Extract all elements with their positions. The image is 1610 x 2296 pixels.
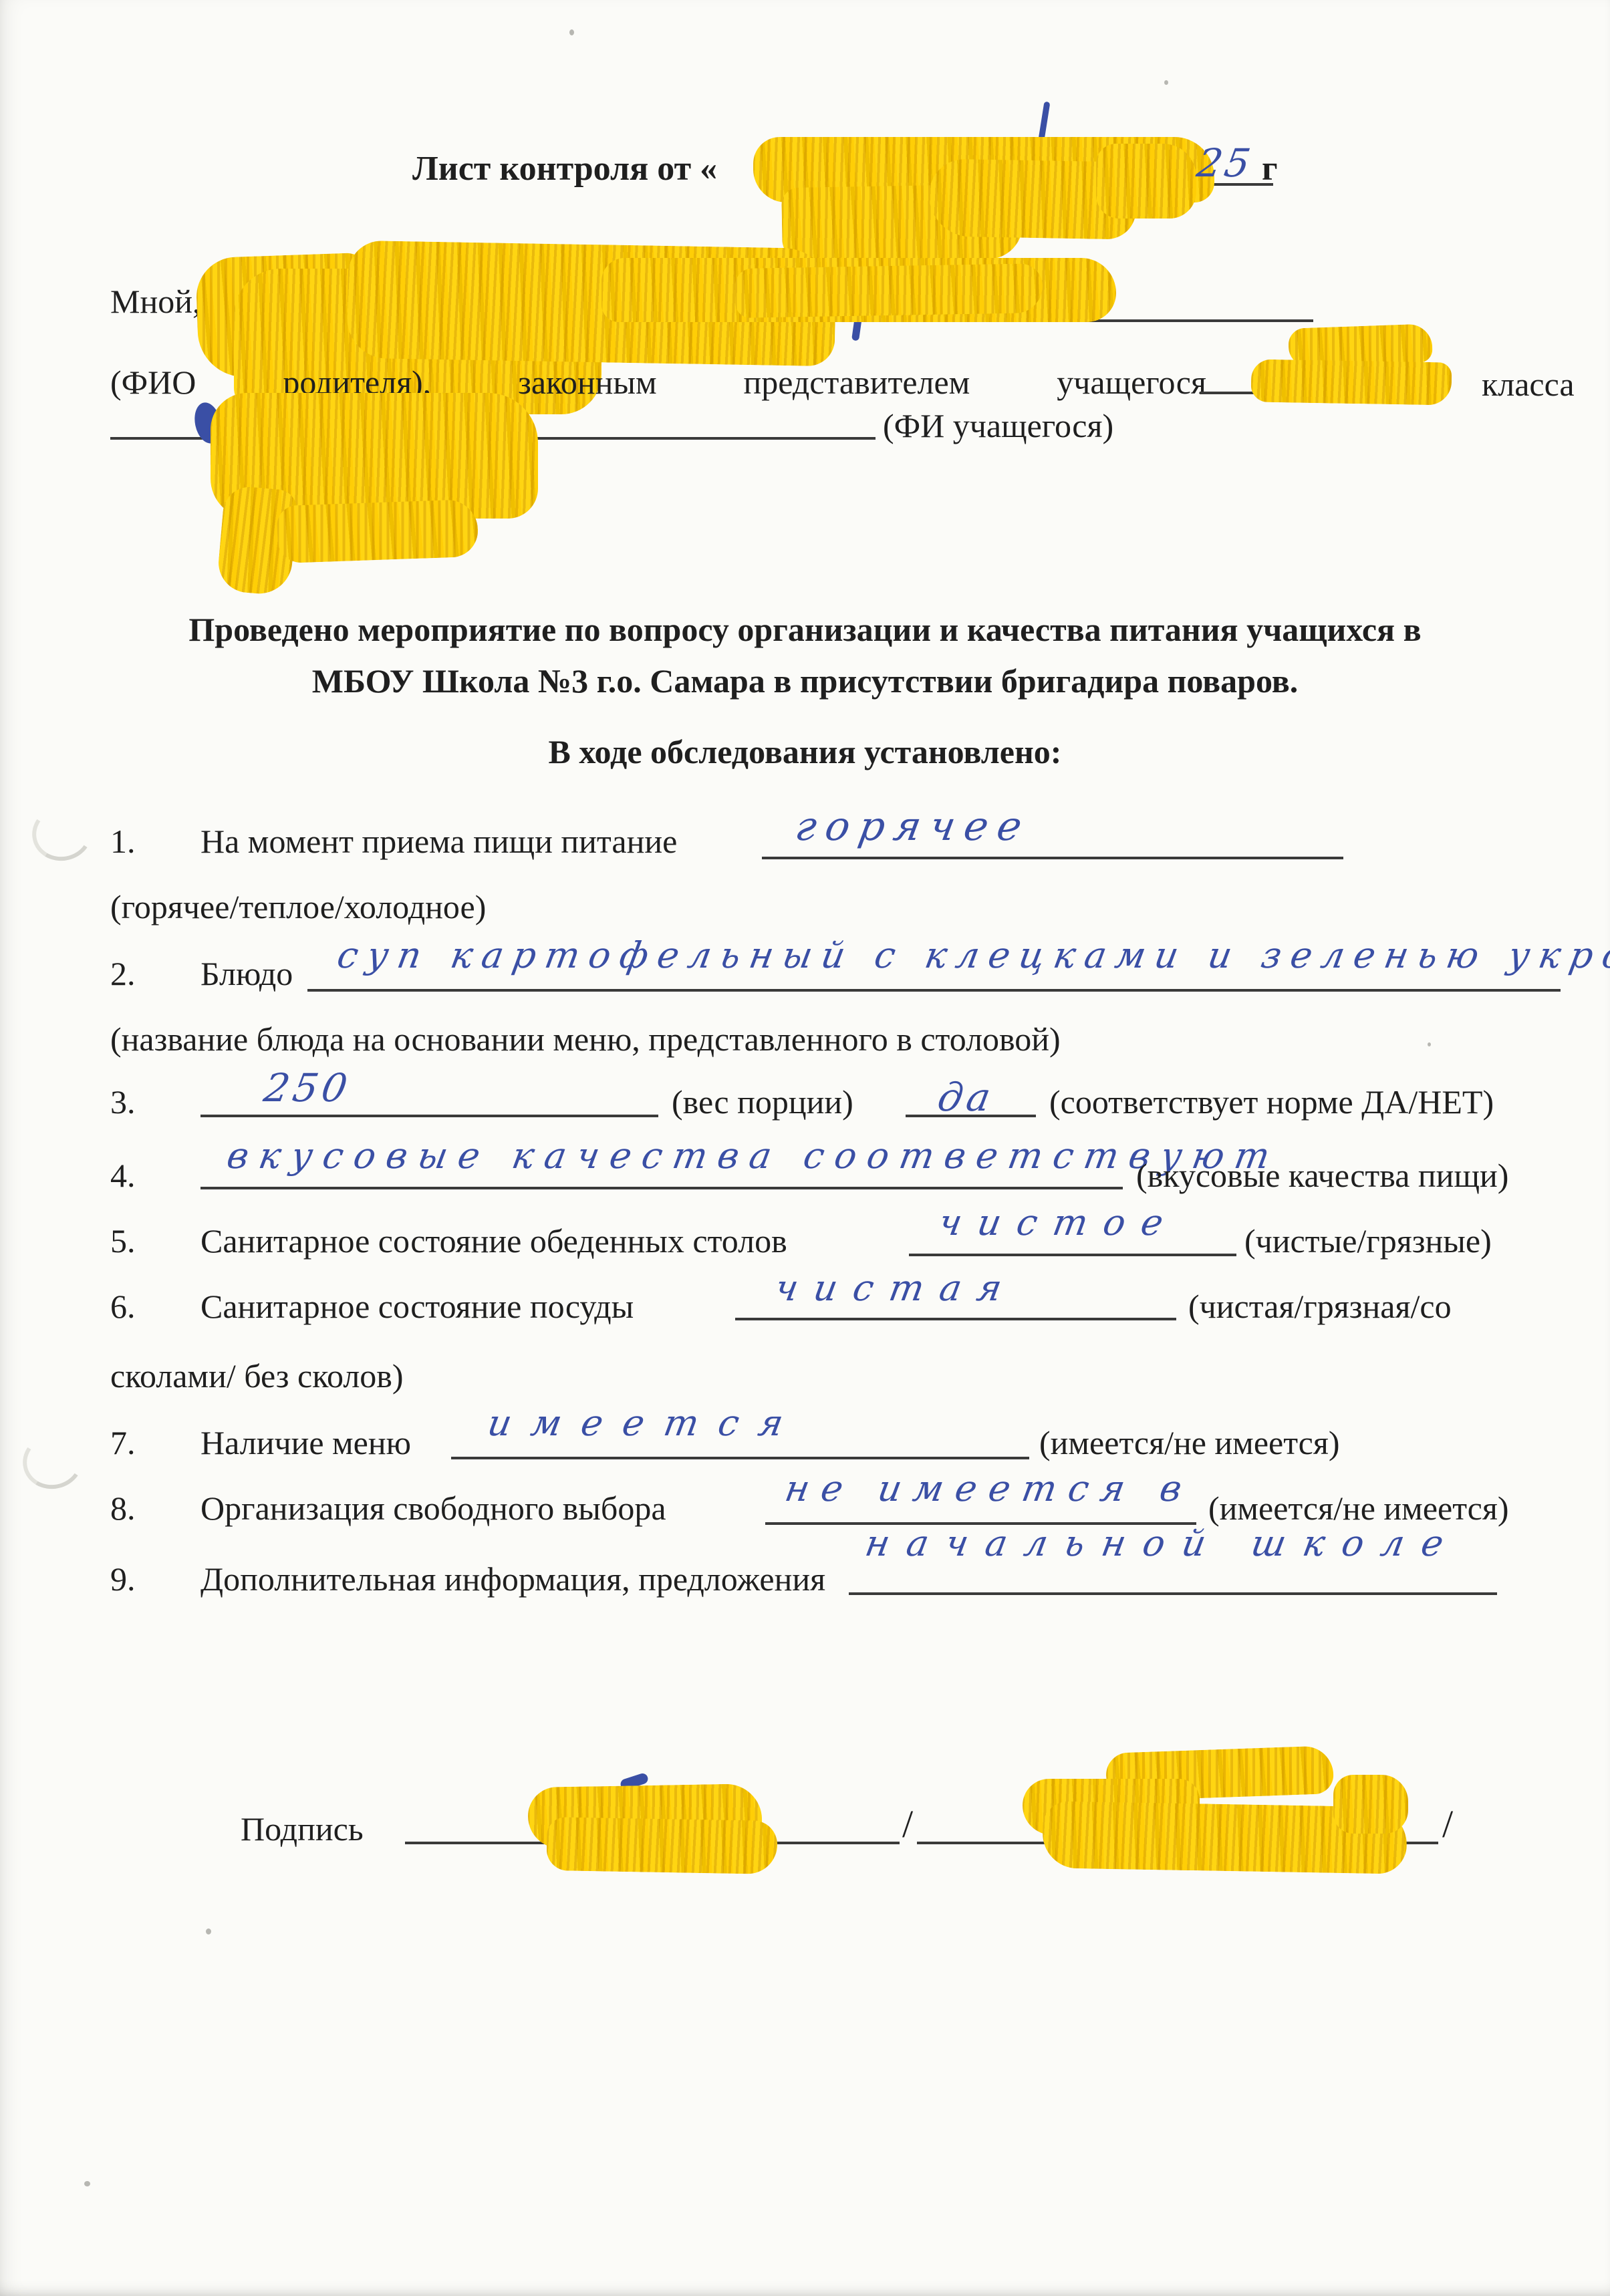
- item8-number: 8.: [110, 1490, 136, 1527]
- page-title-prefix: Лист контроля от «: [412, 150, 717, 188]
- item3-handwritten-norm: да: [934, 1074, 998, 1120]
- scan-speck: [1428, 1042, 1431, 1046]
- item5-blank-line: [909, 1254, 1236, 1256]
- signature-separator-2: /: [1442, 1803, 1453, 1846]
- item6-hint-continued: сколами/ без сколов): [110, 1358, 404, 1395]
- item7-label: Наличие меню: [200, 1425, 411, 1461]
- statement-line1: Проведено мероприятие по вопросу организ…: [188, 611, 1421, 648]
- item1-label: На момент приема пищи питание: [200, 823, 677, 860]
- pen-stroke: [1039, 102, 1051, 141]
- intro-word: (ФИО: [110, 363, 196, 402]
- item9-label: Дополнительная информация, предложения: [200, 1561, 825, 1598]
- item5-number: 5.: [110, 1223, 136, 1260]
- item7-handwritten-answer: имеется: [485, 1402, 807, 1444]
- scan-speck: [1164, 80, 1168, 85]
- item3-number: 3.: [110, 1084, 136, 1121]
- intro-word: представителем: [744, 363, 970, 402]
- item9-number: 9.: [110, 1561, 136, 1598]
- signature-redaction: [546, 1817, 777, 1874]
- item1-handwritten-answer: горячее: [792, 803, 1035, 850]
- item5-label: Санитарное состояние обеденных столов: [200, 1223, 787, 1260]
- item1-hint: (горячее/теплое/холодное): [110, 889, 486, 925]
- item6-label: Санитарное состояние посуды: [200, 1288, 634, 1325]
- class-redaction: [1250, 359, 1452, 405]
- item7-hint: (имеется/не имеется): [1039, 1425, 1340, 1461]
- item2-hint: (название блюда на основании меню, предс…: [110, 1021, 1061, 1058]
- signature-label: Подпись: [241, 1811, 364, 1848]
- item3-norm-label: (соответствует норме ДА/НЕТ): [1049, 1084, 1494, 1121]
- scan-speck: [569, 29, 574, 35]
- hole-punch-mark: [27, 801, 97, 867]
- item4-hint: (вкусовые качества пищи): [1136, 1157, 1508, 1194]
- item4-number: 4.: [110, 1157, 136, 1194]
- student-name-redaction: [277, 499, 479, 563]
- item1-blank-line: [762, 857, 1343, 859]
- item8-hint: (имеется/не имеется): [1208, 1490, 1509, 1527]
- item4-blank-line: [200, 1187, 1123, 1189]
- handwritten-year: 25: [1194, 140, 1256, 186]
- parent-name-redaction: [734, 263, 1043, 318]
- scanned-control-sheet: Лист контроля от « 25 г Мной, (ФИО родит…: [0, 0, 1610, 2296]
- item3-handwritten-weight: 250: [261, 1065, 355, 1111]
- item2-handwritten-answer: суп картофельный с клецками и зеленью ук…: [334, 934, 1610, 976]
- item8-handwritten-answer-line2: начальной школе: [862, 1522, 1464, 1564]
- item4-handwritten-answer: вкусовые качества соответствуют: [224, 1135, 1284, 1177]
- item5-handwritten-answer: чистое: [936, 1201, 1182, 1244]
- item2-blank-line: [307, 989, 1561, 992]
- intro-word: законным: [518, 363, 656, 402]
- item3-weight-label: (вес порции): [672, 1084, 853, 1121]
- item6-hint: (чистая/грязная/со: [1188, 1288, 1452, 1325]
- date-redaction: [1096, 144, 1196, 219]
- hole-punch-mark: [17, 1429, 88, 1495]
- item7-blank-line: [451, 1457, 1029, 1459]
- page-title-suffix: г: [1262, 150, 1278, 188]
- item1-number: 1.: [110, 823, 136, 860]
- intro-lead-label: Мной,: [110, 283, 200, 320]
- item6-handwritten-answer: чистая: [772, 1267, 1021, 1309]
- statement-subheading: В ходе обследования установлено:: [549, 734, 1062, 770]
- item7-number: 7.: [110, 1425, 136, 1461]
- item8-label: Организация свободного выбора: [200, 1490, 666, 1527]
- item6-blank-line: [735, 1318, 1176, 1320]
- item2-number: 2.: [110, 956, 136, 992]
- signature-separator-1: /: [902, 1803, 913, 1846]
- signature-redaction: [1333, 1775, 1408, 1834]
- scan-speck: [84, 2181, 90, 2186]
- scan-speck: [206, 1928, 211, 1934]
- item8-handwritten-answer-line1: не имеется в: [782, 1467, 1197, 1510]
- item3-weight-blank-line: [200, 1115, 658, 1117]
- item6-number: 6.: [110, 1288, 136, 1325]
- intro-word: учащегося: [1057, 363, 1206, 402]
- statement-line2: МБОУ Школа №3 г.о. Самара в присутствии …: [312, 663, 1298, 700]
- class-label: класса: [1482, 366, 1575, 403]
- item5-hint: (чистые/грязные): [1244, 1223, 1492, 1260]
- item9-blank-line: [849, 1592, 1497, 1595]
- item2-label: Блюдо: [200, 956, 293, 992]
- student-name-hint-label: (ФИ учащегося): [883, 408, 1113, 444]
